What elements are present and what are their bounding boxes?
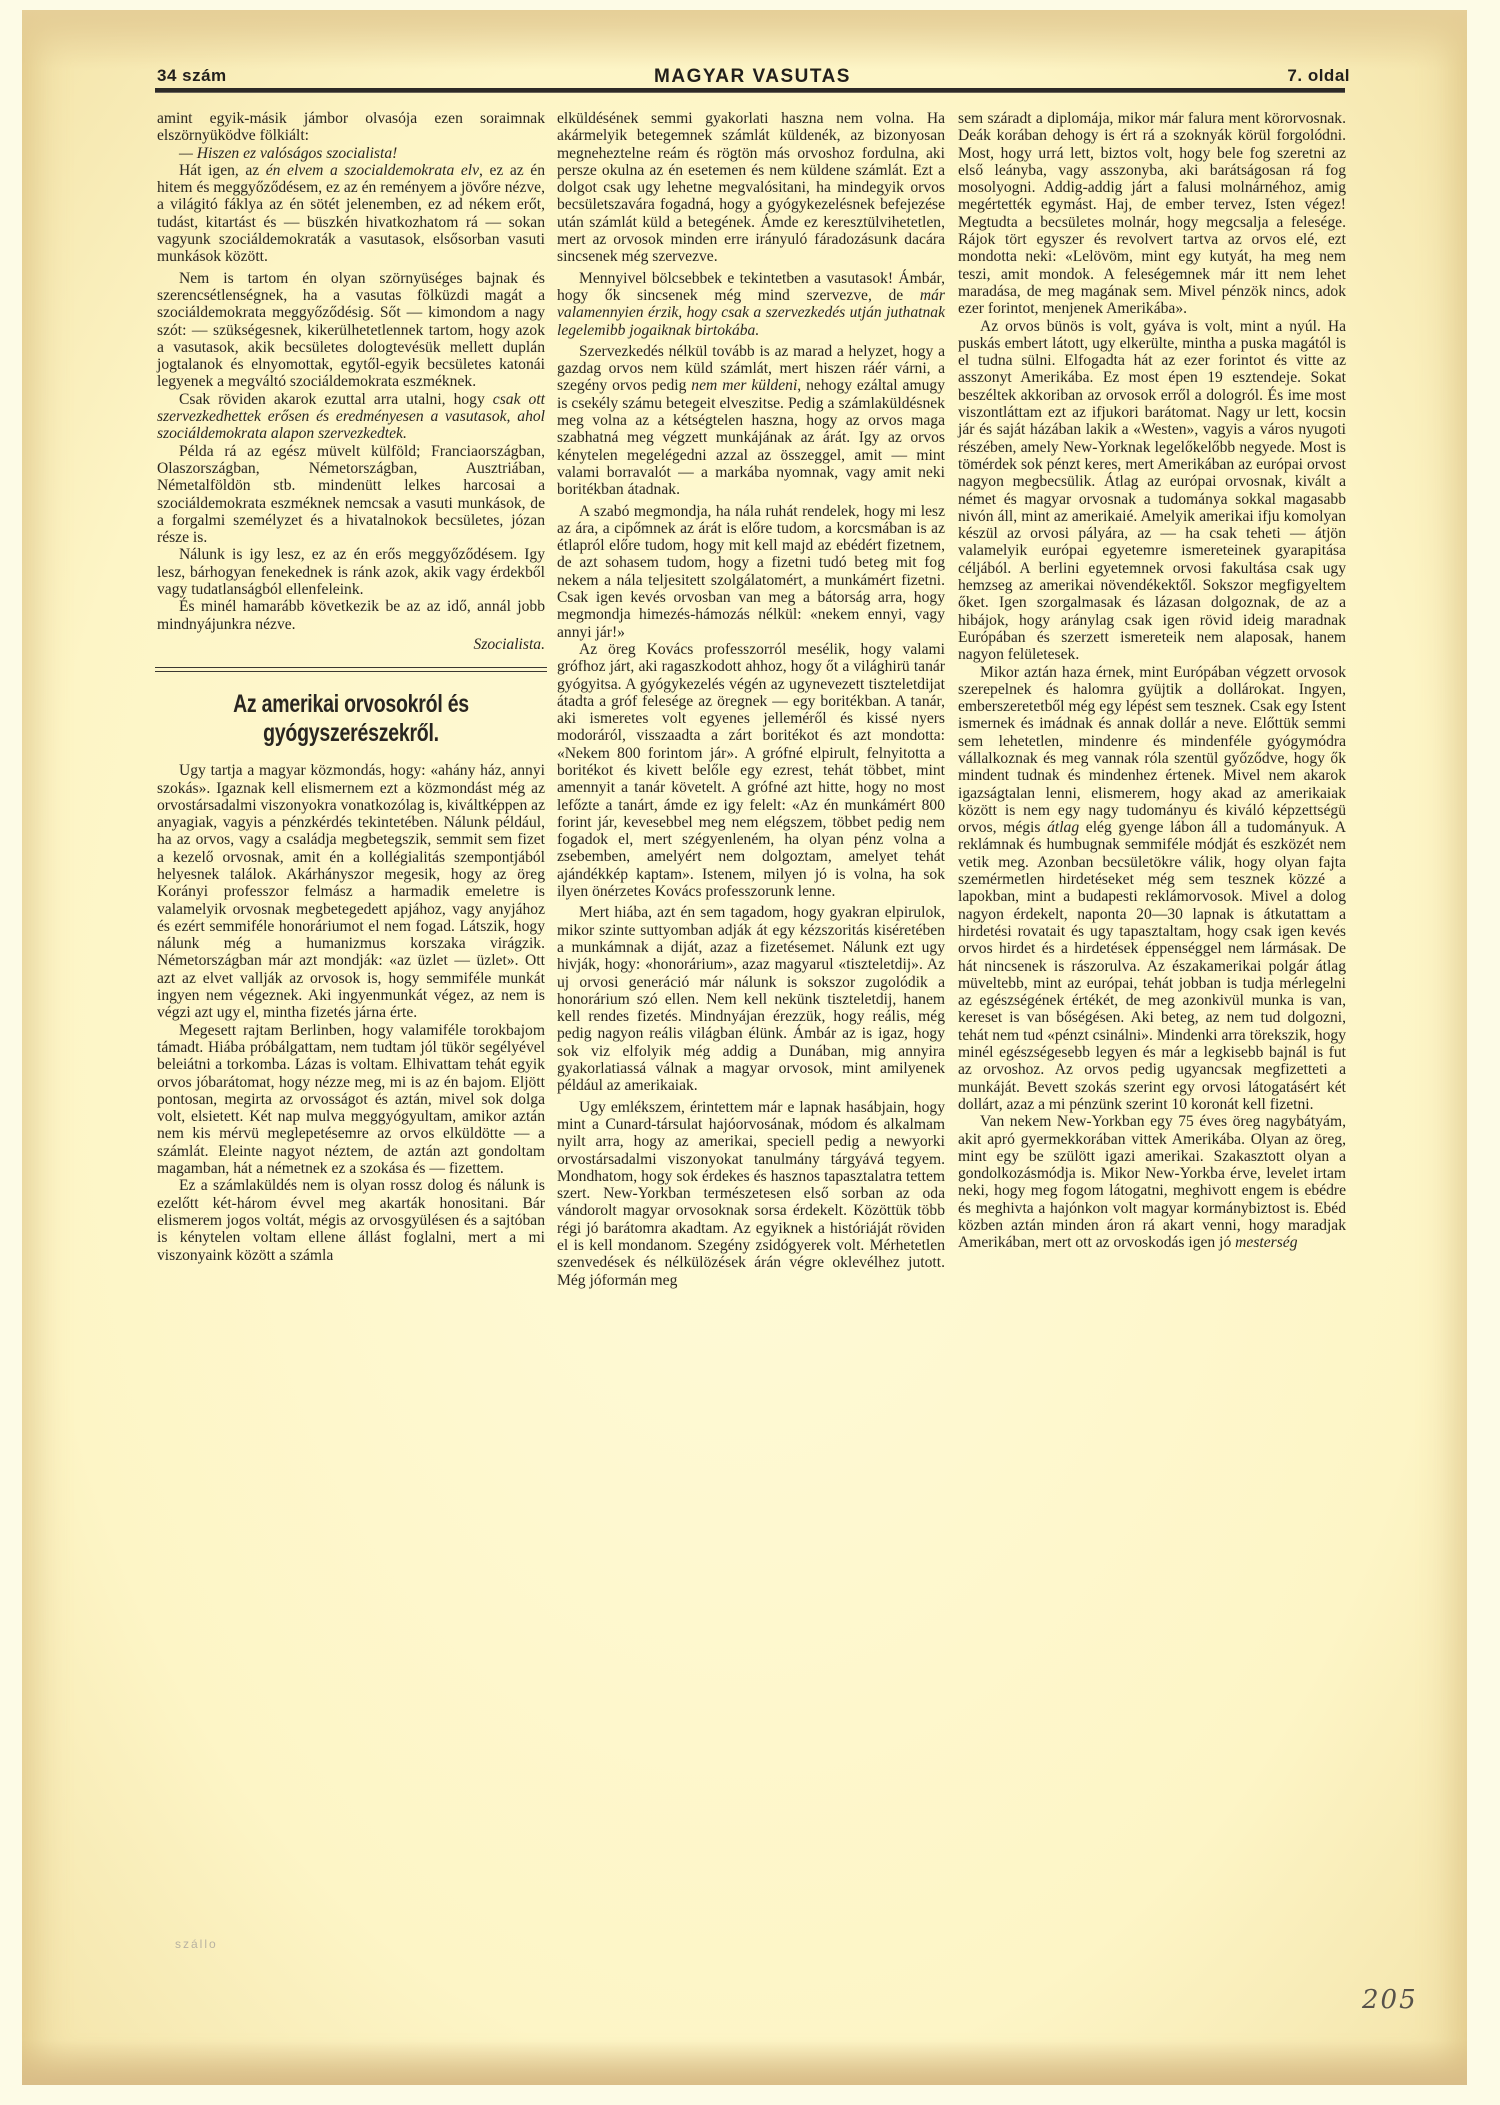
paragraph: Az orvos bünös is volt, gyáva is volt, m… [958, 318, 1346, 664]
paragraph-quote: — Hiszen ez valóságos szocialista! [157, 145, 545, 162]
paragraph: Példa rá az egész müvelt külföld; Franci… [157, 443, 545, 547]
section-divider [155, 667, 547, 672]
paragraph: Szervezkedés nélkül tovább is az marad a… [557, 343, 945, 499]
page-number: 7. oldal [1287, 66, 1350, 86]
paragraph: amint egyik-másik jámbor olvasója ezen s… [157, 110, 545, 145]
paragraph: Ugy emlékszem, érintettem már e lapnak h… [557, 1099, 945, 1289]
paragraph: Mennyivel bölcsebbek e tekintetben a vas… [557, 270, 945, 339]
paragraph: elküldésének semmi gyakorlati haszna nem… [557, 110, 945, 266]
column-2: elküldésének semmi gyakorlati haszna nem… [557, 110, 945, 1289]
column-3: sem száradt a diplomája, mikor már falur… [958, 110, 1346, 1252]
newspaper-title: MAGYAR VASUTAS [155, 66, 1350, 88]
paragraph: Az öreg Kovács professzorról mesélik, ho… [557, 641, 945, 900]
paragraph: Van nekem New-Yorkban egy 75 éves öreg n… [958, 1113, 1346, 1251]
column-1: amint egyik-másik jámbor olvasója ezen s… [157, 110, 545, 1264]
page-edge-wear [22, 10, 1467, 70]
article-signature: Szocialista. [157, 636, 545, 653]
paragraph: Mikor aztán haza érnek, mint Európában v… [958, 664, 1346, 1114]
paragraph: Megesett rajtam Berlinben, hogy valamifé… [157, 1022, 545, 1178]
paragraph: Hát igen, az én elvem a szocialdemokrata… [157, 162, 545, 266]
paragraph: És minél hamarább következik be az az id… [157, 598, 545, 633]
paragraph: Ez a számlaküldés nem is olyan rossz dol… [157, 1177, 545, 1263]
paragraph: Csak röviden akarok ezuttal arra utalni,… [157, 391, 545, 443]
emphasis: átlag [1047, 819, 1079, 836]
paragraph: Mert hiába, azt én sem tagadom, hogy gya… [557, 904, 945, 1094]
page-header: 34 szám MAGYAR VASUTAS 7. oldal [155, 66, 1350, 88]
emphasis: — Hiszen ez valóságos szocialista! [179, 145, 397, 162]
paragraph: Nálunk is igy lesz, ez az én erős meggyő… [157, 546, 545, 598]
paragraph: Ugy tartja a magyar közmondás, hogy: «ah… [157, 762, 545, 1021]
emphasis: én elvem a szocialdemokrata elv [266, 162, 479, 179]
paragraph: Nem is tartom én olyan szörnyüséges bajn… [157, 270, 545, 391]
emphasis: nem mer küldeni [691, 377, 797, 394]
article-headline: Az amerikai orvosokról és gyógyszerészek… [200, 690, 503, 748]
header-rule [155, 88, 1345, 93]
paragraph: sem száradt a diplomája, mikor már falur… [958, 110, 1346, 318]
handwritten-page-number: 205 [1362, 1985, 1418, 2015]
page-edge-wear-bottom [22, 2040, 1467, 2085]
paragraph: A szabó megmondja, ha nála ruhát rendele… [557, 503, 945, 641]
emphasis: mesterség [1235, 1234, 1297, 1251]
faint-footer-text: szállo [175, 1937, 218, 1951]
